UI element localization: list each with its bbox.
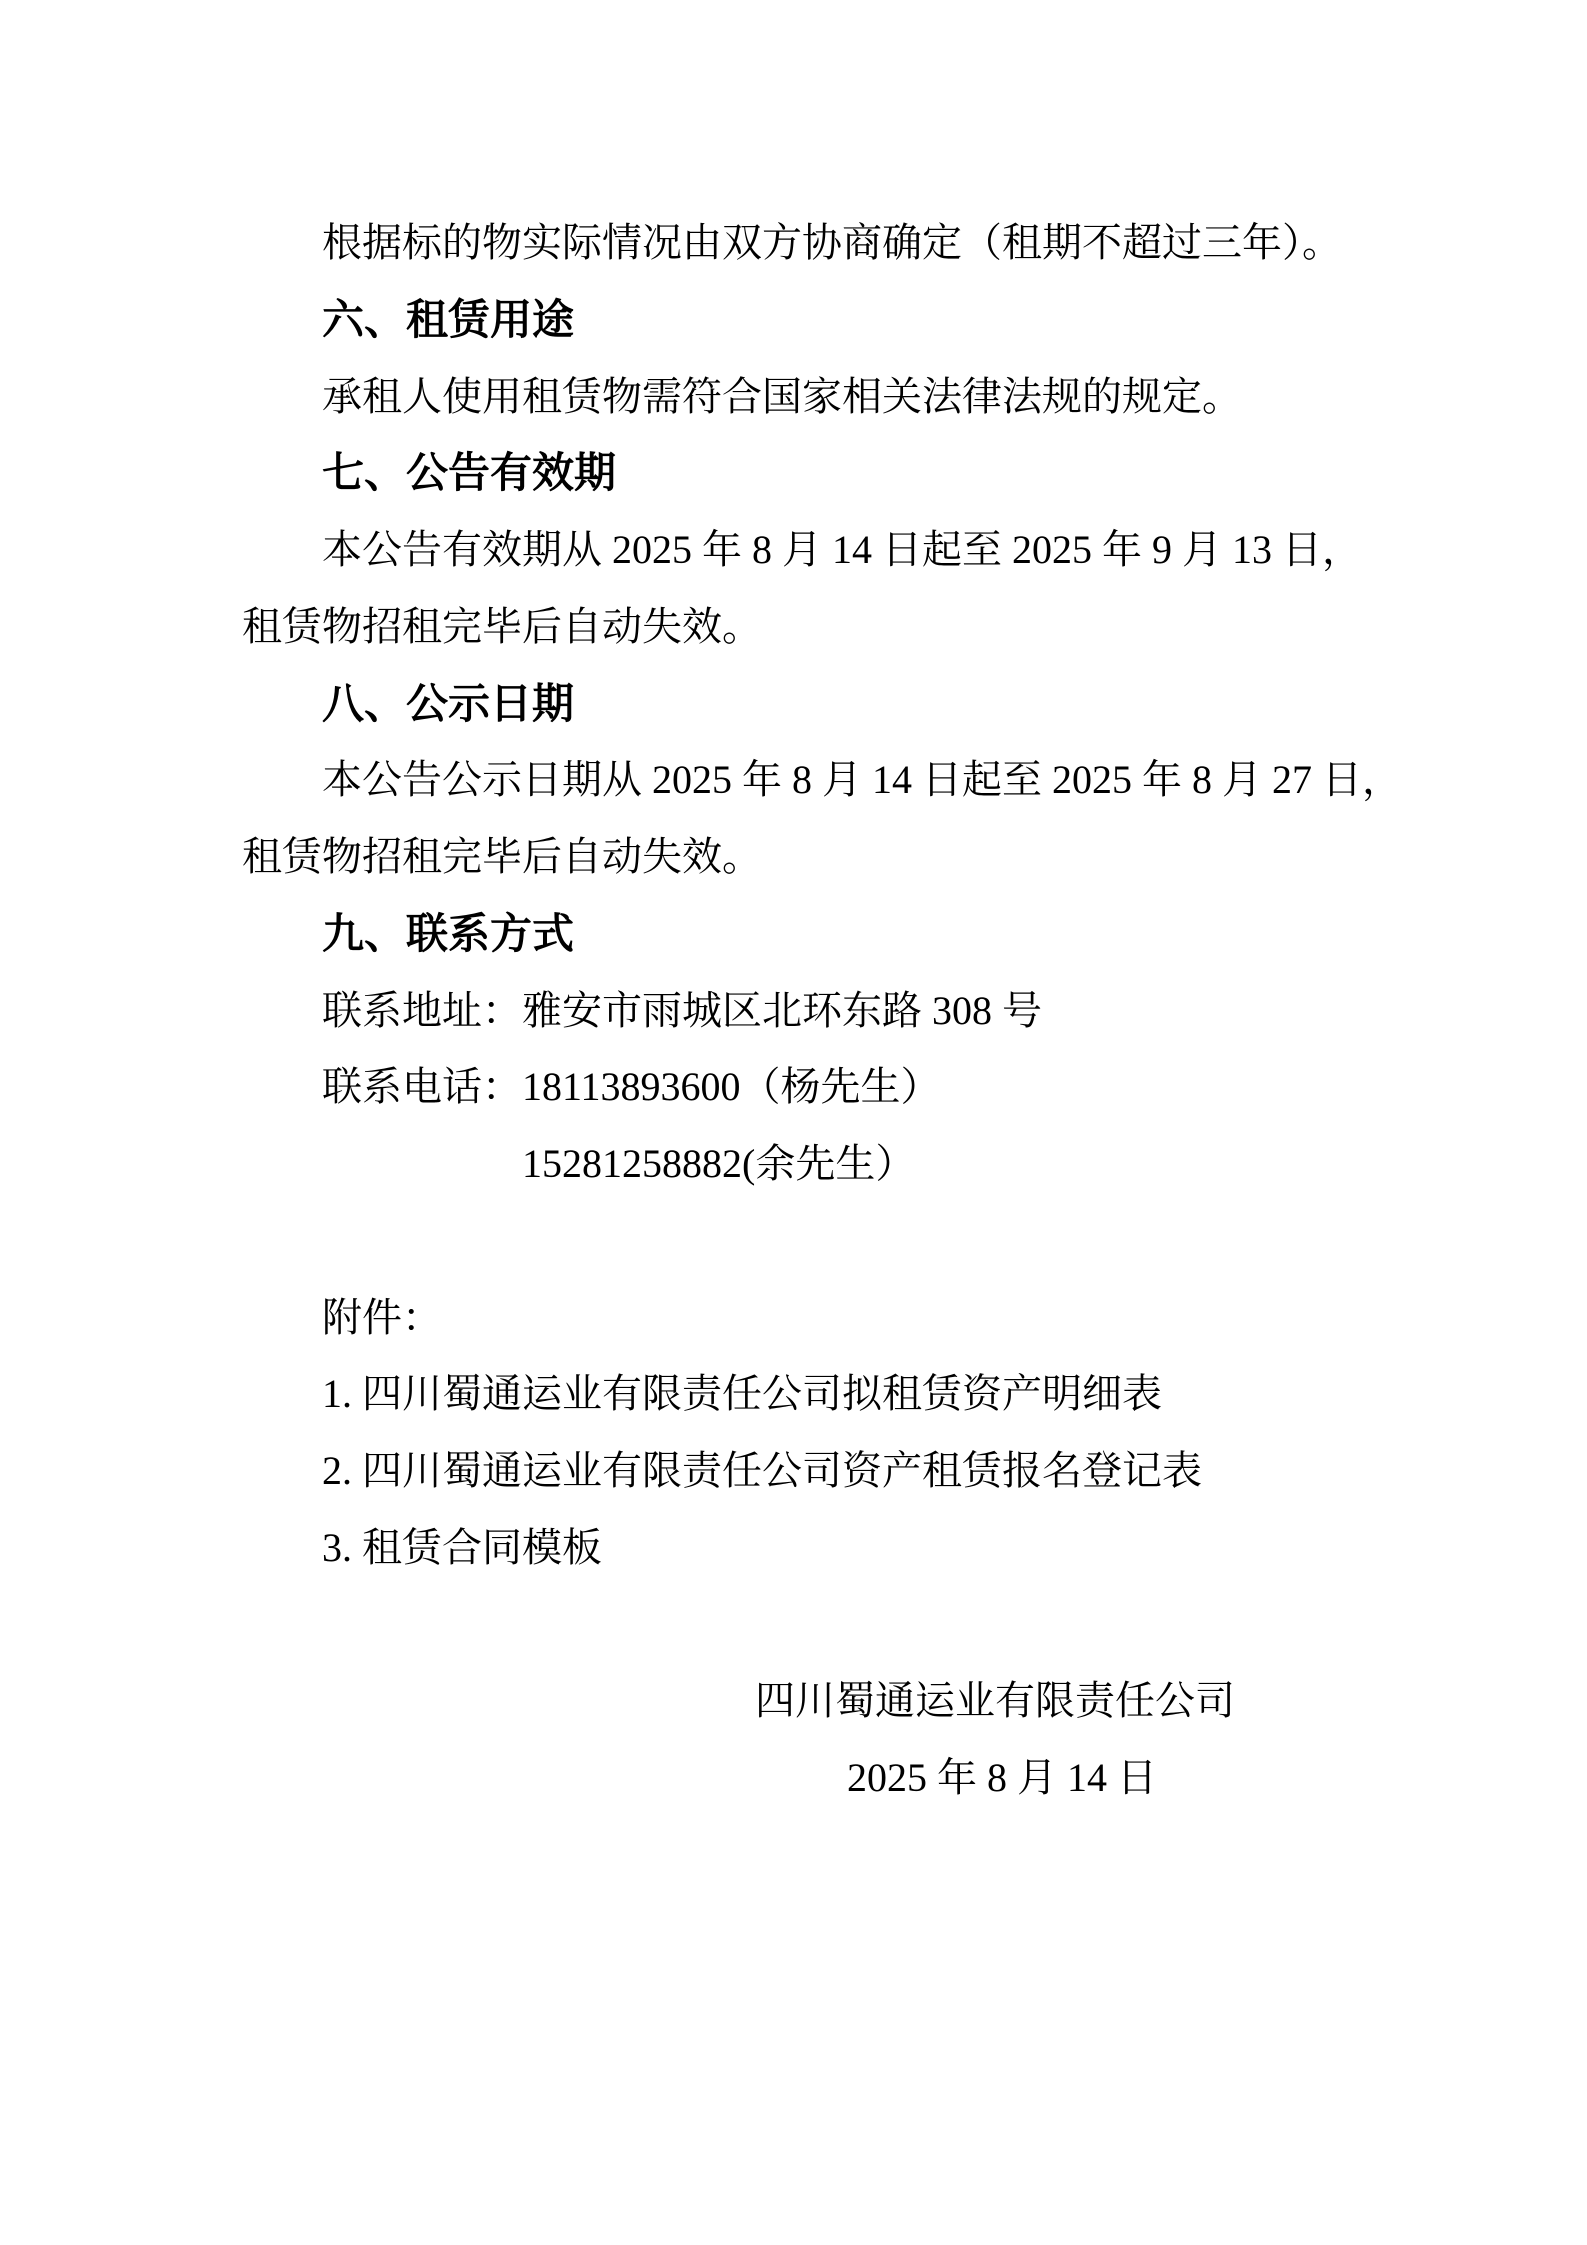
paragraph-publicity-date-line-1: 本公告公示日期从 2025 年 8 月 14 日起至 2025 年 8 月 27…	[242, 742, 1345, 819]
document-page: 根据标的物实际情况由双方协商确定（租期不超过三年）。 六、租赁用途 承租人使用租…	[0, 0, 1587, 2245]
document-content: 根据标的物实际情况由双方协商确定（租期不超过三年）。 六、租赁用途 承租人使用租…	[0, 0, 1587, 1817]
section-heading-publicity-date: 八、公示日期	[242, 666, 1345, 743]
paragraph-notice-validity-line-1: 本公告有效期从 2025 年 8 月 14 日起至 2025 年 9 月 13 …	[242, 512, 1345, 589]
signature-company: 四川蜀通运业有限责任公司	[755, 1663, 1345, 1740]
paragraph-lease-term: 根据标的物实际情况由双方协商确定（租期不超过三年）。	[242, 205, 1345, 282]
signature-date: 2025 年 8 月 14 日	[847, 1740, 1345, 1817]
contact-phone-line-2: 15281258882(余先生）	[522, 1126, 1345, 1203]
paragraph-publicity-date-line-2: 租赁物招租完毕后自动失效。	[242, 819, 1345, 896]
attachment-item-1: 1. 四川蜀通运业有限责任公司拟租赁资产明细表	[242, 1356, 1345, 1433]
paragraph-lease-purpose: 承租人使用租赁物需符合国家相关法律法规的规定。	[242, 359, 1345, 436]
paragraph-notice-validity-line-2: 租赁物招租完毕后自动失效。	[242, 589, 1345, 666]
section-heading-notice-validity: 七、公告有效期	[242, 435, 1345, 512]
section-heading-lease-purpose: 六、租赁用途	[242, 282, 1345, 359]
attachment-item-3: 3. 租赁合同模板	[242, 1510, 1345, 1587]
attachment-item-2: 2. 四川蜀通运业有限责任公司资产租赁报名登记表	[242, 1433, 1345, 1510]
attachments-label: 附件：	[242, 1280, 1345, 1357]
contact-phone-line-1: 联系电话：18113893600（杨先生）	[242, 1049, 1345, 1126]
contact-address-line: 联系地址：雅安市雨城区北环东路 308 号	[242, 973, 1345, 1050]
section-heading-contact-info: 九、联系方式	[242, 896, 1345, 973]
